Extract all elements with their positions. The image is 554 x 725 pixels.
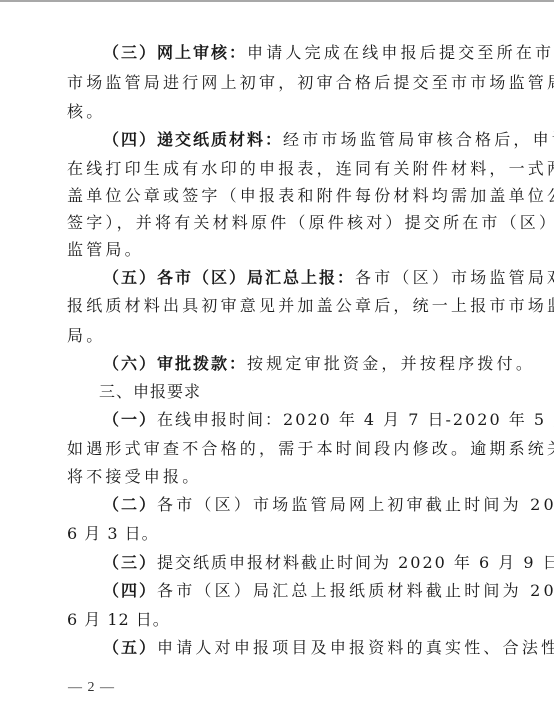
item-title: （六）审批拨款： xyxy=(103,354,247,373)
item-number: （一） xyxy=(103,410,157,429)
paragraph-line: 如遇形式审查不合格的，需于本时间段内修改。逾期系统关闭， xyxy=(67,435,482,463)
item-number: （四） xyxy=(103,581,157,600)
item-text: 提交纸质申报材料截止时间为 2020 年 6 月 9 日。 xyxy=(157,553,554,572)
item-text: 如遇形式审查不合格的，需于本时间段内修改。逾期系统关闭， xyxy=(67,439,554,458)
item-text: 各市（区）局汇总上报纸质材料截止时间为 2020 年 xyxy=(157,581,554,600)
item-title: （三）网上审核： xyxy=(103,43,247,62)
item-number: （二） xyxy=(103,495,157,514)
item-text: 核。 xyxy=(67,102,105,121)
item-text: 6 月 3 日。 xyxy=(67,524,159,543)
item-text: 各市（区）市场监管局对申 xyxy=(355,268,554,287)
item-number: （五） xyxy=(103,638,157,657)
paragraph-line: 6 月 12 日。 xyxy=(67,606,170,634)
item-text: 签字），并将有关材料原件（原件核对）提交所在市（区）市场 xyxy=(67,213,554,232)
item-text: 在线申报时间：2020 年 4 月 7 日-2020 年 5 月 31 日。 xyxy=(157,410,554,429)
page-number: — 2 — xyxy=(68,678,115,698)
paragraph-line: （三）网上审核：申请人完成在线申报后提交至所在市（区） xyxy=(103,39,482,67)
item-number: （三） xyxy=(103,553,157,572)
paragraph-line: （三）提交纸质申报材料截止时间为 2020 年 6 月 9 日。 xyxy=(103,549,554,577)
item-title: （五）各市（区）局汇总上报： xyxy=(103,268,355,287)
paragraph-line: （二）各市（区）市场监管局网上初审截止时间为 2020 年 xyxy=(103,491,554,519)
paragraph-line: 在线打印生成有水印的申报表，连同有关附件材料，一式两份加 xyxy=(67,155,482,183)
paragraph-line: （五）各市（区）局汇总上报：各市（区）市场监管局对申 xyxy=(103,264,482,292)
paragraph-line: 6 月 3 日。 xyxy=(67,520,159,548)
item-text: 盖单位公章或签字（申报表和附件每份材料均需加盖单位公章或 xyxy=(67,186,554,205)
item-text: 局。 xyxy=(67,326,105,345)
item-text: 市场监管局进行网上初审，初审合格后提交至市市场监管局审 xyxy=(67,73,554,92)
paragraph-line: （五）申请人对申报项目及申报资料的真实性、合法性和可 xyxy=(103,634,554,662)
item-title: （四）递交纸质材料： xyxy=(103,130,283,149)
paragraph-line: （一）在线申报时间：2020 年 4 月 7 日-2020 年 5 月 31 日… xyxy=(103,406,554,434)
paragraph-line: （四）递交纸质材料：经市市场监管局审核合格后，申请人 xyxy=(103,126,482,154)
paragraph-line: 盖单位公章或签字（申报表和附件每份材料均需加盖单位公章或 xyxy=(67,182,482,210)
item-text: 各市（区）市场监管局网上初审截止时间为 2020 年 xyxy=(157,495,554,514)
section-heading: 三、申报要求 xyxy=(99,378,201,406)
paragraph-line: （六）审批拨款：按规定审批资金，并按程序拨付。 xyxy=(103,350,535,378)
item-text: 按规定审批资金，并按程序拨付。 xyxy=(247,354,535,373)
item-text: 报纸质材料出具初审意见并加盖公章后，统一上报市市场监管 xyxy=(67,296,554,315)
item-text: 监管局。 xyxy=(67,240,144,259)
paragraph-line: 报纸质材料出具初审意见并加盖公章后，统一上报市市场监管 xyxy=(67,292,482,320)
paragraph-line: （四）各市（区）局汇总上报纸质材料截止时间为 2020 年 xyxy=(103,577,554,605)
paragraph-line: 监管局。 xyxy=(67,236,144,264)
paragraph-line: 市场监管局进行网上初审，初审合格后提交至市市场监管局审 xyxy=(67,69,482,97)
paragraph-line: 将不接受申报。 xyxy=(67,463,201,491)
paragraph-line: 局。 xyxy=(67,322,105,350)
item-text: 将不接受申报。 xyxy=(67,467,201,486)
item-text: 申请人完成在线申报后提交至所在市（区） xyxy=(247,43,554,62)
item-text: 申请人对申报项目及申报资料的真实性、合法性和可 xyxy=(157,638,554,657)
item-text: 6 月 12 日。 xyxy=(67,610,170,629)
document-page: （三）网上审核：申请人完成在线申报后提交至所在市（区） 市场监管局进行网上初审，… xyxy=(0,0,554,725)
item-text: 在线打印生成有水印的申报表，连同有关附件材料，一式两份加 xyxy=(67,159,554,178)
item-text: 经市市场监管局审核合格后，申请人 xyxy=(283,130,554,149)
paragraph-line: 核。 xyxy=(67,98,105,126)
paragraph-line: 签字），并将有关材料原件（原件核对）提交所在市（区）市场 xyxy=(67,209,482,237)
